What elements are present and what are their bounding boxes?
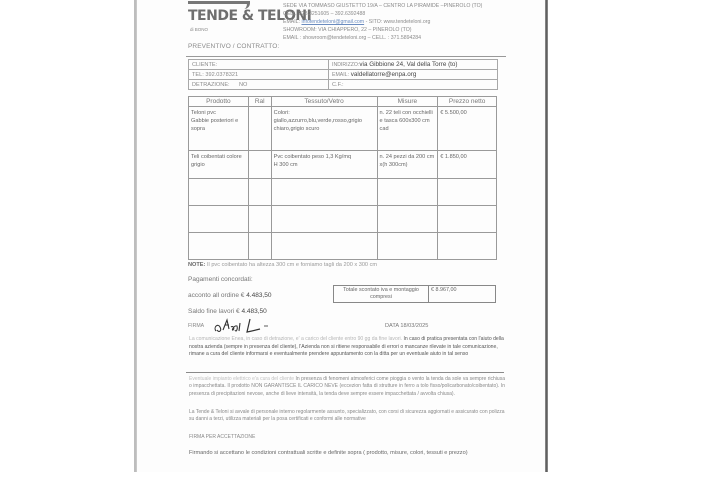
company-site: - SITO: www.tendeteloni.org — [364, 19, 430, 25]
note-label: NOTE: — [188, 262, 205, 268]
detrazione-value: NO — [239, 82, 247, 88]
cliente-cell: CLIENTE: — [189, 60, 329, 70]
handwritten-signature-icon — [210, 315, 280, 335]
saldo-label: Saldo fine lavori € — [188, 308, 240, 315]
cell-empty — [189, 179, 249, 206]
totals-value: € 8.967,00 — [429, 286, 496, 303]
header-prezzo: Prezzo netto — [438, 97, 497, 107]
header-tessuto: Tessuto/Vetro — [271, 97, 377, 107]
header-misure: Misure — [377, 97, 438, 107]
acconto-value: 4.483,50 — [246, 292, 271, 299]
firma-label: FIRMA — [188, 323, 204, 329]
client-row: TEL: 392.0378321 EMAIL: valdellatorre@en… — [189, 70, 498, 80]
table-row-empty — [189, 233, 497, 260]
cell-empty — [271, 206, 377, 233]
company-phones: CELL. 328.3251605 – 392.6392488 — [283, 10, 482, 18]
date-label: DATA — [385, 323, 399, 329]
cf-label: C.F.: — [332, 82, 344, 88]
company-email-label: EMAIL: — [283, 19, 300, 25]
company-email-link[interactable]: infotendeteloni@gmail.com — [301, 19, 364, 25]
cf-cell: C.F.: — [329, 80, 498, 90]
cell-prezzo: € 5.500,00 — [438, 107, 497, 151]
accept-text: Firmando si accettano le condizioni cont… — [189, 450, 468, 456]
cell-misure: n. 24 pezzi da 200 cm x(h 300cm) — [377, 151, 438, 179]
cell-empty — [271, 179, 377, 206]
table-row: Teli coibentati colore grigio Pvc coiben… — [189, 151, 497, 179]
cell-ral — [248, 151, 271, 179]
cell-empty — [248, 206, 271, 233]
cell-empty — [377, 233, 438, 260]
tel-label: TEL: — [192, 72, 204, 78]
email-value: valdellatorre@enpa.org — [351, 71, 417, 78]
payments-title: Pagamenti concordati: — [188, 276, 253, 283]
tel-cell: TEL: 392.0378321 — [189, 70, 329, 80]
divider — [186, 56, 506, 57]
cell-empty — [438, 233, 497, 260]
totals-label: Totale scontato iva e montaggio compresi — [334, 286, 429, 303]
cell-tessuto: Pvc coibentato peso 1,3 Kg/mq H 300 cm — [271, 151, 377, 179]
cliente-label: CLIENTE: — [192, 62, 217, 68]
company-address: SEDE VIA TOMMASO GIUSTETTO 19/A – CENTRO… — [283, 2, 482, 10]
client-row: DETRAZIONE: NO C.F.: — [189, 80, 498, 90]
weather-terms: Eventuale impianto elettrico e'a cura de… — [189, 376, 505, 398]
cell-empty — [377, 206, 438, 233]
cell-prezzo: € 1.850,00 — [438, 151, 497, 179]
company-showroom-contact: EMAIL : showroom@tendeteloni.org – CELL.… — [283, 34, 482, 42]
saldo-value: 4.483,50 — [241, 308, 266, 315]
detrazione-label: DETRAZIONE: — [192, 82, 230, 88]
cell-empty — [248, 233, 271, 260]
note: NOTE: Il pvc coibentato ha altezza 300 c… — [188, 262, 377, 268]
accept-title: FIRMA PER ACCETTAZIONE — [189, 434, 255, 440]
acconto-label: acconto all ordine € — [188, 292, 244, 299]
header-ral: Ral — [248, 97, 271, 107]
cell-prodotto: Teli coibentati colore grigio — [189, 151, 249, 179]
company-showroom: SHOWROOM: VIA CHIAPPERO, 22 – PINEROLO (… — [283, 26, 482, 34]
cell-empty — [189, 233, 249, 260]
date-field: DATA 18/03/2025 — [385, 323, 428, 329]
indirizzo-label: INDIRIZZO: — [332, 62, 359, 68]
product-table: Prodotto Ral Tessuto/Vetro Misure Prezzo… — [188, 96, 497, 260]
tel-value: 392.0378321 — [205, 72, 238, 78]
cell-empty — [377, 179, 438, 206]
header-prodotto: Prodotto — [189, 97, 249, 107]
cell-misure: n. 22 teli con occhielli e tasca 600x300… — [377, 107, 438, 151]
email-label: EMAIL: — [332, 72, 349, 78]
staff-terms: La Tende & Teloni si avvale di personale… — [189, 409, 505, 424]
totals-table: Totale scontato iva e montaggio compresi… — [333, 285, 496, 303]
enea-faded-text: La comunicazione Enea, in caso di detraz… — [189, 336, 402, 342]
note-text: Il pvc coibentato ha altezza 300 cm e fo… — [207, 262, 377, 268]
indirizzo-cell: INDIRIZZO:via Gibbione 24, Val della Tor… — [329, 60, 498, 70]
company-info: SEDE VIA TOMMASO GIUSTETTO 19/A – CENTRO… — [283, 2, 482, 42]
client-row: CLIENTE: INDIRIZZO:via Gibbione 24, Val … — [189, 60, 498, 70]
terms-faded-text: Eventuale impianto elettrico e'a cura de… — [189, 376, 294, 382]
cell-prodotto: Teloni pvc Gabbie posteriori e sopra — [189, 107, 249, 151]
date-value: 18/03/2025 — [400, 323, 428, 329]
saldo-line: Saldo fine lavori € 4.483,50 — [188, 308, 267, 315]
company-logo: TENDE & TELONI di BONO — [188, 1, 280, 37]
enea-communication: La comunicazione Enea, in caso di detraz… — [189, 336, 505, 359]
table-row: Teloni pvc Gabbie posteriori e sopra Col… — [189, 107, 497, 151]
indirizzo-value: via Gibbione 24, Val della Torre (to) — [359, 61, 457, 68]
totals-row: Totale scontato iva e montaggio compresi… — [334, 286, 496, 303]
email-cell: EMAIL: valdellatorre@enpa.org — [329, 70, 498, 80]
detrazione-cell: DETRAZIONE: NO — [189, 80, 329, 90]
table-row-empty — [189, 206, 497, 233]
page-edge-right — [545, 0, 548, 472]
company-email-line: EMAIL: infotendeteloni@gmail.com - SITO:… — [283, 18, 482, 26]
cell-empty — [248, 179, 271, 206]
table-row-empty — [189, 179, 497, 206]
client-table: CLIENTE: INDIRIZZO:via Gibbione 24, Val … — [188, 59, 498, 90]
product-header-row: Prodotto Ral Tessuto/Vetro Misure Prezzo… — [189, 97, 497, 107]
logo-subtext: di BONO — [190, 27, 208, 32]
divider — [186, 372, 504, 373]
cell-empty — [189, 206, 249, 233]
cell-tessuto: Colori: giallo,azzurro,blu,verde,rosso,g… — [271, 107, 377, 151]
document-title: PREVENTIVO / CONTRATTO: — [188, 43, 279, 50]
cell-empty — [438, 206, 497, 233]
cell-ral — [248, 107, 271, 151]
cell-empty — [438, 179, 497, 206]
acconto-line: acconto all ordine € 4.483,50 — [188, 292, 272, 299]
cell-empty — [271, 233, 377, 260]
